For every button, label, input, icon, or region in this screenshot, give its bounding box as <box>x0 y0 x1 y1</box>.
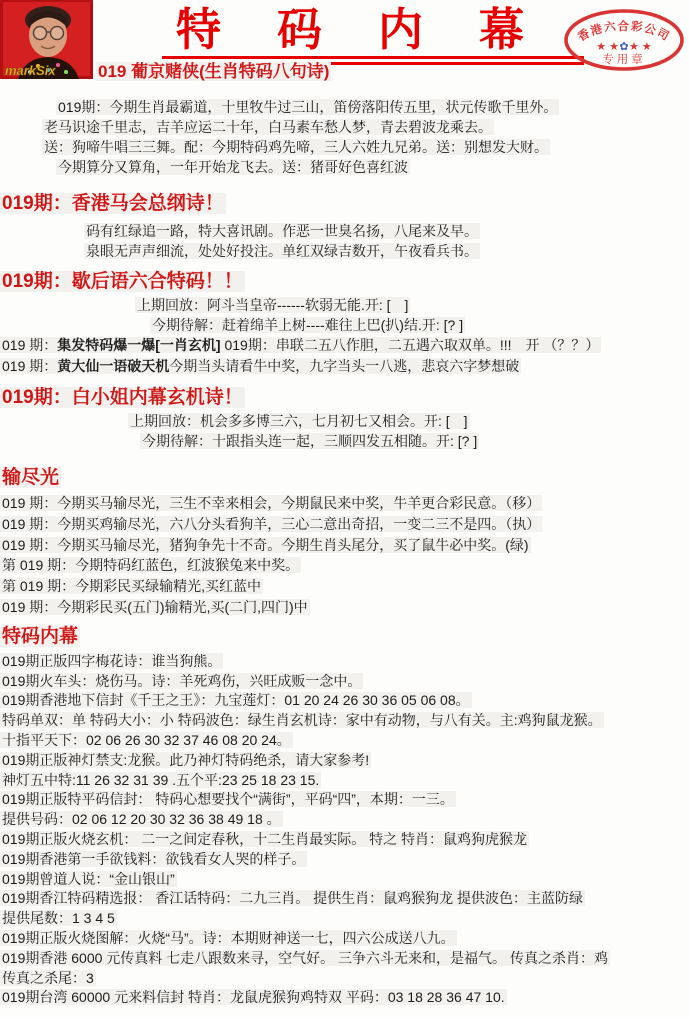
tip-row: 019 期：黄大仙一语破天机今期当头请看牛中奖，九字当头一八逃，悲哀六字梦想破 <box>0 356 690 377</box>
company-stamp: 香港六合彩公司 ★ ★ ✿ ★ ★ 专用章 <box>562 8 686 77</box>
heading-zonggang: 019期：香港马会总纲诗！ <box>0 191 690 217</box>
page-title: 特码内幕 <box>162 7 584 65</box>
tip-line: 传真之杀尾：3 <box>0 969 690 989</box>
tip-sheet-page: markSix 特码内幕 香港六合彩公司 ★ ★ ✿ ★ ★ 专用章 019 葡… <box>0 0 690 1017</box>
heading-baixiaojie: 019期：白小姐内幕玄机诗！ <box>0 385 690 411</box>
riddle-line: 上期回放：机会多多博三六，七月初七又相会。开: [ ] <box>0 411 690 431</box>
tip-row: 019 期：集发特码爆一爆[一肖玄机] 019期：串联二五八作胆，二五遇六取双单… <box>0 335 690 356</box>
line-text: 019期：今期生肖最霸道，十里牧牛过三山，笛傍落阳传五里，状元传歌千里外。 <box>56 99 559 115</box>
header: markSix 特码内幕 香港六合彩公司 ★ ★ ✿ ★ ★ 专用章 019 葡… <box>0 0 690 97</box>
tip-line: 019期正版特平码信封： 特码心想要找个“满街”，平码“四”，本期：一三。 <box>0 790 690 810</box>
mark-six-caption: markSix <box>5 63 56 78</box>
tip-line: 提供尾数：1 3 4 5 <box>0 909 690 929</box>
tip-line: 019 期：今期买鸡输尽光，六八分头看狗羊，三心二意出奇招，一变二三不是四。（执… <box>0 514 690 535</box>
riddle-line: 今期待解：赶着绵羊上树----难往上巴(扒)结.开: [? ] <box>0 315 690 335</box>
line-text: 今期待解：十跟指头连一起，三顺四发五相随。开: [? ] <box>140 433 479 449</box>
line-text: 019 期：今期买马输尽光，三生不幸来相会，今期鼠民来中奖，牛羊更合彩民意。（移… <box>0 495 542 511</box>
line-text: 019期香港 6000 元传真料 七走八跟数来寻，空气好。 三争六斗无来和，是福… <box>0 950 610 966</box>
tip-line: 019期正版四字梅花诗：谁当狗熊。 <box>0 652 690 672</box>
heading-text: 019 葡京赌侠(生肖特码八句诗) <box>96 62 331 81</box>
line-text: 019期正版特平码信封： 特码心想要找个“满街”，平码“四”，本期：一三。 <box>0 791 456 807</box>
tip-line: 提供号码：02 06 12 20 30 32 36 38 49 18 。 <box>0 810 690 830</box>
poem-line: 码有红绿追一路，特大喜讯剧。作恶一世臭名扬，八尾来及早。 <box>0 221 690 241</box>
heading-text: 输尽光 <box>0 467 61 488</box>
line-text: 019期正版神灯禁支:龙猴。此乃神灯特码绝杀，请大家参考! <box>0 752 371 768</box>
poem-line: 019期：今期生肖最霸道，十里牧牛过三山，笛傍落阳传五里，状元传歌千里外。 <box>0 97 690 117</box>
section-xiehouyu: 019期：歇后语六合特码！！ 上期回放：阿斗当皇帝------软弱无能.开: [… <box>0 269 690 377</box>
heading-text: 019期：歇后语六合特码！！ <box>0 271 245 292</box>
poem-line: 泉眼无声声细流，处处好投注。单红双绿吉数开，午夜看兵书。 <box>0 241 690 261</box>
tip-line: 神灯五中特:11 26 32 31 39 .五个平:23 25 18 23 15… <box>0 771 690 791</box>
line-text: 019期香港地下信封《千王之王》：九宝莲灯：01 20 24 26 30 36 … <box>0 692 472 708</box>
heading-text: 019期：香港马会总纲诗！ <box>0 193 226 214</box>
heading-shujinguang: 输尽光 <box>0 465 690 491</box>
tip-line: 019期香港 6000 元传真料 七走八跟数来寻，空气好。 三争六斗无来和，是福… <box>0 949 690 969</box>
section-pujing: 019期：今期生肖最霸道，十里牧牛过三山，笛傍落阳传五里，状元传歌千里外。 老马… <box>0 97 690 177</box>
stamp-flower-icon: ✿ <box>619 41 628 53</box>
tip-line: 019期正版神灯禁支:龙猴。此乃神灯特码绝杀，请大家参考! <box>0 751 690 771</box>
row-text: 019 期：黄大仙一语破天机今期当头请看牛中奖，九字当头一八逃，悲哀六字梦想破 <box>0 358 521 374</box>
line-text: 第 019 期：今期特码红蓝色，红波猴兔来中奖。 <box>0 557 301 573</box>
tip-line: 019期香江特码精选报： 香江话特码：二九三肖。 提供生肖：鼠鸡猴狗龙 提供波色… <box>0 889 690 909</box>
heading-temaneimu: 特码内幕 <box>0 624 690 650</box>
heading-text: 特码内幕 <box>0 626 80 647</box>
tip-line: 第 019 期：今期彩民买绿输精光,买红蓝中 <box>0 576 690 597</box>
line-text: 提供号码：02 06 12 20 30 32 36 38 49 18 。 <box>0 811 283 827</box>
row-prefix: 019 期： <box>2 358 57 374</box>
section-temaneimu: 特码内幕 019期正版四字梅花诗：谁当狗熊。 019期火车头：烧伤马。诗：羊死鸡… <box>0 624 690 1008</box>
section-shujinguang: 输尽光 019 期：今期买马输尽光，三生不幸来相会，今期鼠民来中奖，牛羊更合彩民… <box>0 465 690 618</box>
line-text: 传真之杀尾：3 <box>0 970 96 986</box>
line-text: 今期待解：赶着绵羊上树----难往上巴(扒)结.开: [? ] <box>150 317 465 333</box>
tip-line: 019期台湾 60000 元来料信封 特肖：龙鼠虎猴狗鸡特双 平码：03 18 … <box>0 988 690 1008</box>
line-text: 第 019 期：今期彩民买绿输精光,买红蓝中 <box>0 578 263 594</box>
poem-line: 今期算分又算角，一年开始龙飞去。送：猪哥好色喜红波 <box>0 157 690 177</box>
glasses-icon <box>34 27 47 40</box>
line-text: 上期回放：机会多多博三六，七月初七又相会。开: [ ] <box>128 413 470 429</box>
line-text: 特码单双：单 特码大小：小 特码波色：绿生肖玄机诗：家中有动物，与八有关。主:鸡… <box>0 712 604 728</box>
line-text: 019期火车头：烧伤马。诗：羊死鸡伤，兴旺成贩一念中。 <box>0 673 363 689</box>
tip-line: 019 期：今期买马输尽光，三生不幸来相会，今期鼠民来中奖，牛羊更合彩民意。（移… <box>0 493 690 514</box>
line-text: 码有红绿追一路，特大喜讯剧。作恶一世臭名扬，八尾来及早。 <box>84 223 480 239</box>
tip-line: 019 期：今期买马输尽光，猪狗争先十不奇。今期生肖头尾分，买了鼠牛必中奖。(绿… <box>0 535 690 556</box>
section-baixiaojie: 019期：白小姐内幕玄机诗！ 上期回放：机会多多博三六，七月初七又相会。开: [… <box>0 385 690 451</box>
tip-line: 019期曾道人说：“金山银山” <box>0 870 690 890</box>
stamp-stars-right: ★ ★ <box>629 41 652 53</box>
line-text: 泉眼无声声细流，处处好投注。单红双绿吉数开，午夜看兵书。 <box>84 243 480 259</box>
stamp-icon: 香港六合彩公司 ★ ★ ✿ ★ ★ 专用章 <box>562 8 686 72</box>
tip-line: 第 019 期：今期特码红蓝色，红波猴兔来中奖。 <box>0 555 690 576</box>
line-text: 019期正版火烧玄机： 二一之间定春秋，十二生肖最实际。 特之 特肖：鼠鸡狗虎猴… <box>0 831 529 847</box>
line-text: 送：狗啼牛唱三三舞。配：今期特码鸡先啼，三人六姓九兄弟。送：别想发大财。 <box>42 139 550 155</box>
line-text: 019期台湾 60000 元来料信封 特肖：龙鼠虎猴狗鸡特双 平码：03 18 … <box>0 989 507 1005</box>
line-text: 神灯五中特:11 26 32 31 39 .五个平:23 25 18 23 15… <box>0 772 321 788</box>
row-bold: 集发特码爆一爆[一肖玄机] <box>57 337 220 353</box>
tip-line: 019期香港第一手欲钱料：欲钱看女人哭的样子。 <box>0 850 690 870</box>
tip-line: 十指平天下：02 06 26 30 32 37 46 08 20 24。 <box>0 731 690 751</box>
line-text: 老马识途千里志，吉羊应运二十年，白马素车愁人梦，青去碧波龙乘去。 <box>42 119 494 135</box>
line-text: 019期香港第一手欲钱料：欲钱看女人哭的样子。 <box>0 851 307 867</box>
line-text: 上期回放：阿斗当皇帝------软弱无能.开: [ ] <box>135 297 410 313</box>
row-rest: 019期：串联二五八作胆，二五遇六取双单。!!! 开 （？？） <box>221 337 600 353</box>
line-text: 019 期：今期彩民买(五门)输精光,买(二门,四门)中 <box>0 599 310 615</box>
heading-text: 019期：白小姐内幕玄机诗！ <box>0 387 245 408</box>
line-text: 019 期：今期买马输尽光，猪狗争先十不奇。今期生肖头尾分，买了鼠牛必中奖。(绿… <box>0 537 531 553</box>
heading-pujing-poem: 019 葡京赌侠(生肖特码八句诗) <box>96 60 331 84</box>
heading-xiehouyu: 019期：歇后语六合特码！！ <box>0 269 690 295</box>
row-rest: 今期当头请看牛中奖，九字当头一八逃，悲哀六字梦想破 <box>169 358 519 374</box>
line-text: 十指平天下：02 06 26 30 32 37 46 08 20 24。 <box>0 732 293 748</box>
poem-line: 送：狗啼牛唱三三舞。配：今期特码鸡先啼，三人六姓九兄弟。送：别想发大财。 <box>0 137 690 157</box>
tip-line: 019期火车头：烧伤马。诗：羊死鸡伤，兴旺成贩一念中。 <box>0 672 690 692</box>
riddle-line: 今期待解：十跟指头连一起，三顺四发五相随。开: [? ] <box>0 431 690 451</box>
tip-line: 019 期：今期彩民买(五门)输精光,买(二门,四门)中 <box>0 597 690 618</box>
line-text: 019 期：今期买鸡输尽光，六八分头看狗羊，三心二意出奇招，一变二三不是四。（执… <box>0 516 542 532</box>
tip-line: 019期正版火烧玄机： 二一之间定春秋，十二生肖最实际。 特之 特肖：鼠鸡狗虎猴… <box>0 830 690 850</box>
riddle-line: 上期回放：阿斗当皇帝------软弱无能.开: [ ] <box>0 295 690 315</box>
row-bold: 黄大仙一语破天机 <box>57 358 169 374</box>
line-text: 今期算分又算角，一年开始龙飞去。送：猪哥好色喜红波 <box>56 159 410 175</box>
line-text: 019期香江特码精选报： 香江话特码：二九三肖。 提供生肖：鼠鸡猴狗龙 提供波色… <box>0 890 585 906</box>
section-zonggang: 019期：香港马会总纲诗！ 码有红绿追一路，特大喜讯剧。作恶一世臭名扬，八尾来及… <box>0 191 690 261</box>
tip-line: 特码单双：单 特码大小：小 特码波色：绿生肖玄机诗：家中有动物，与八有关。主:鸡… <box>0 711 690 731</box>
tip-line: 019期正版火烧图解：火烧“马”。诗：本期财神送一七，四六公成送八九。 <box>0 929 690 949</box>
tip-line: 019期香港地下信封《千王之王》：九宝莲灯：01 20 24 26 30 36 … <box>0 691 690 711</box>
line-text: 提供尾数：1 3 4 5 <box>0 910 117 926</box>
stamp-stars-left: ★ ★ <box>596 41 619 53</box>
tipster-photo: markSix <box>0 0 93 79</box>
line-text: 019期曾道人说：“金山银山” <box>0 871 177 887</box>
row-text: 019 期：集发特码爆一爆[一肖玄机] 019期：串联二五八作胆，二五遇六取双单… <box>0 337 601 353</box>
tipster-photo-icon: markSix <box>0 0 93 79</box>
row-prefix: 019 期： <box>2 337 57 353</box>
line-text: 019期正版四字梅花诗：谁当狗熊。 <box>0 653 223 669</box>
poem-line: 老马识途千里志，吉羊应运二十年，白马素车愁人梦，青去碧波龙乘去。 <box>0 117 690 137</box>
line-text: 019期正版火烧图解：火烧“马”。诗：本期财神送一七，四六公成送八九。 <box>0 930 457 946</box>
stamp-bottom-text: 专用章 <box>602 52 646 66</box>
